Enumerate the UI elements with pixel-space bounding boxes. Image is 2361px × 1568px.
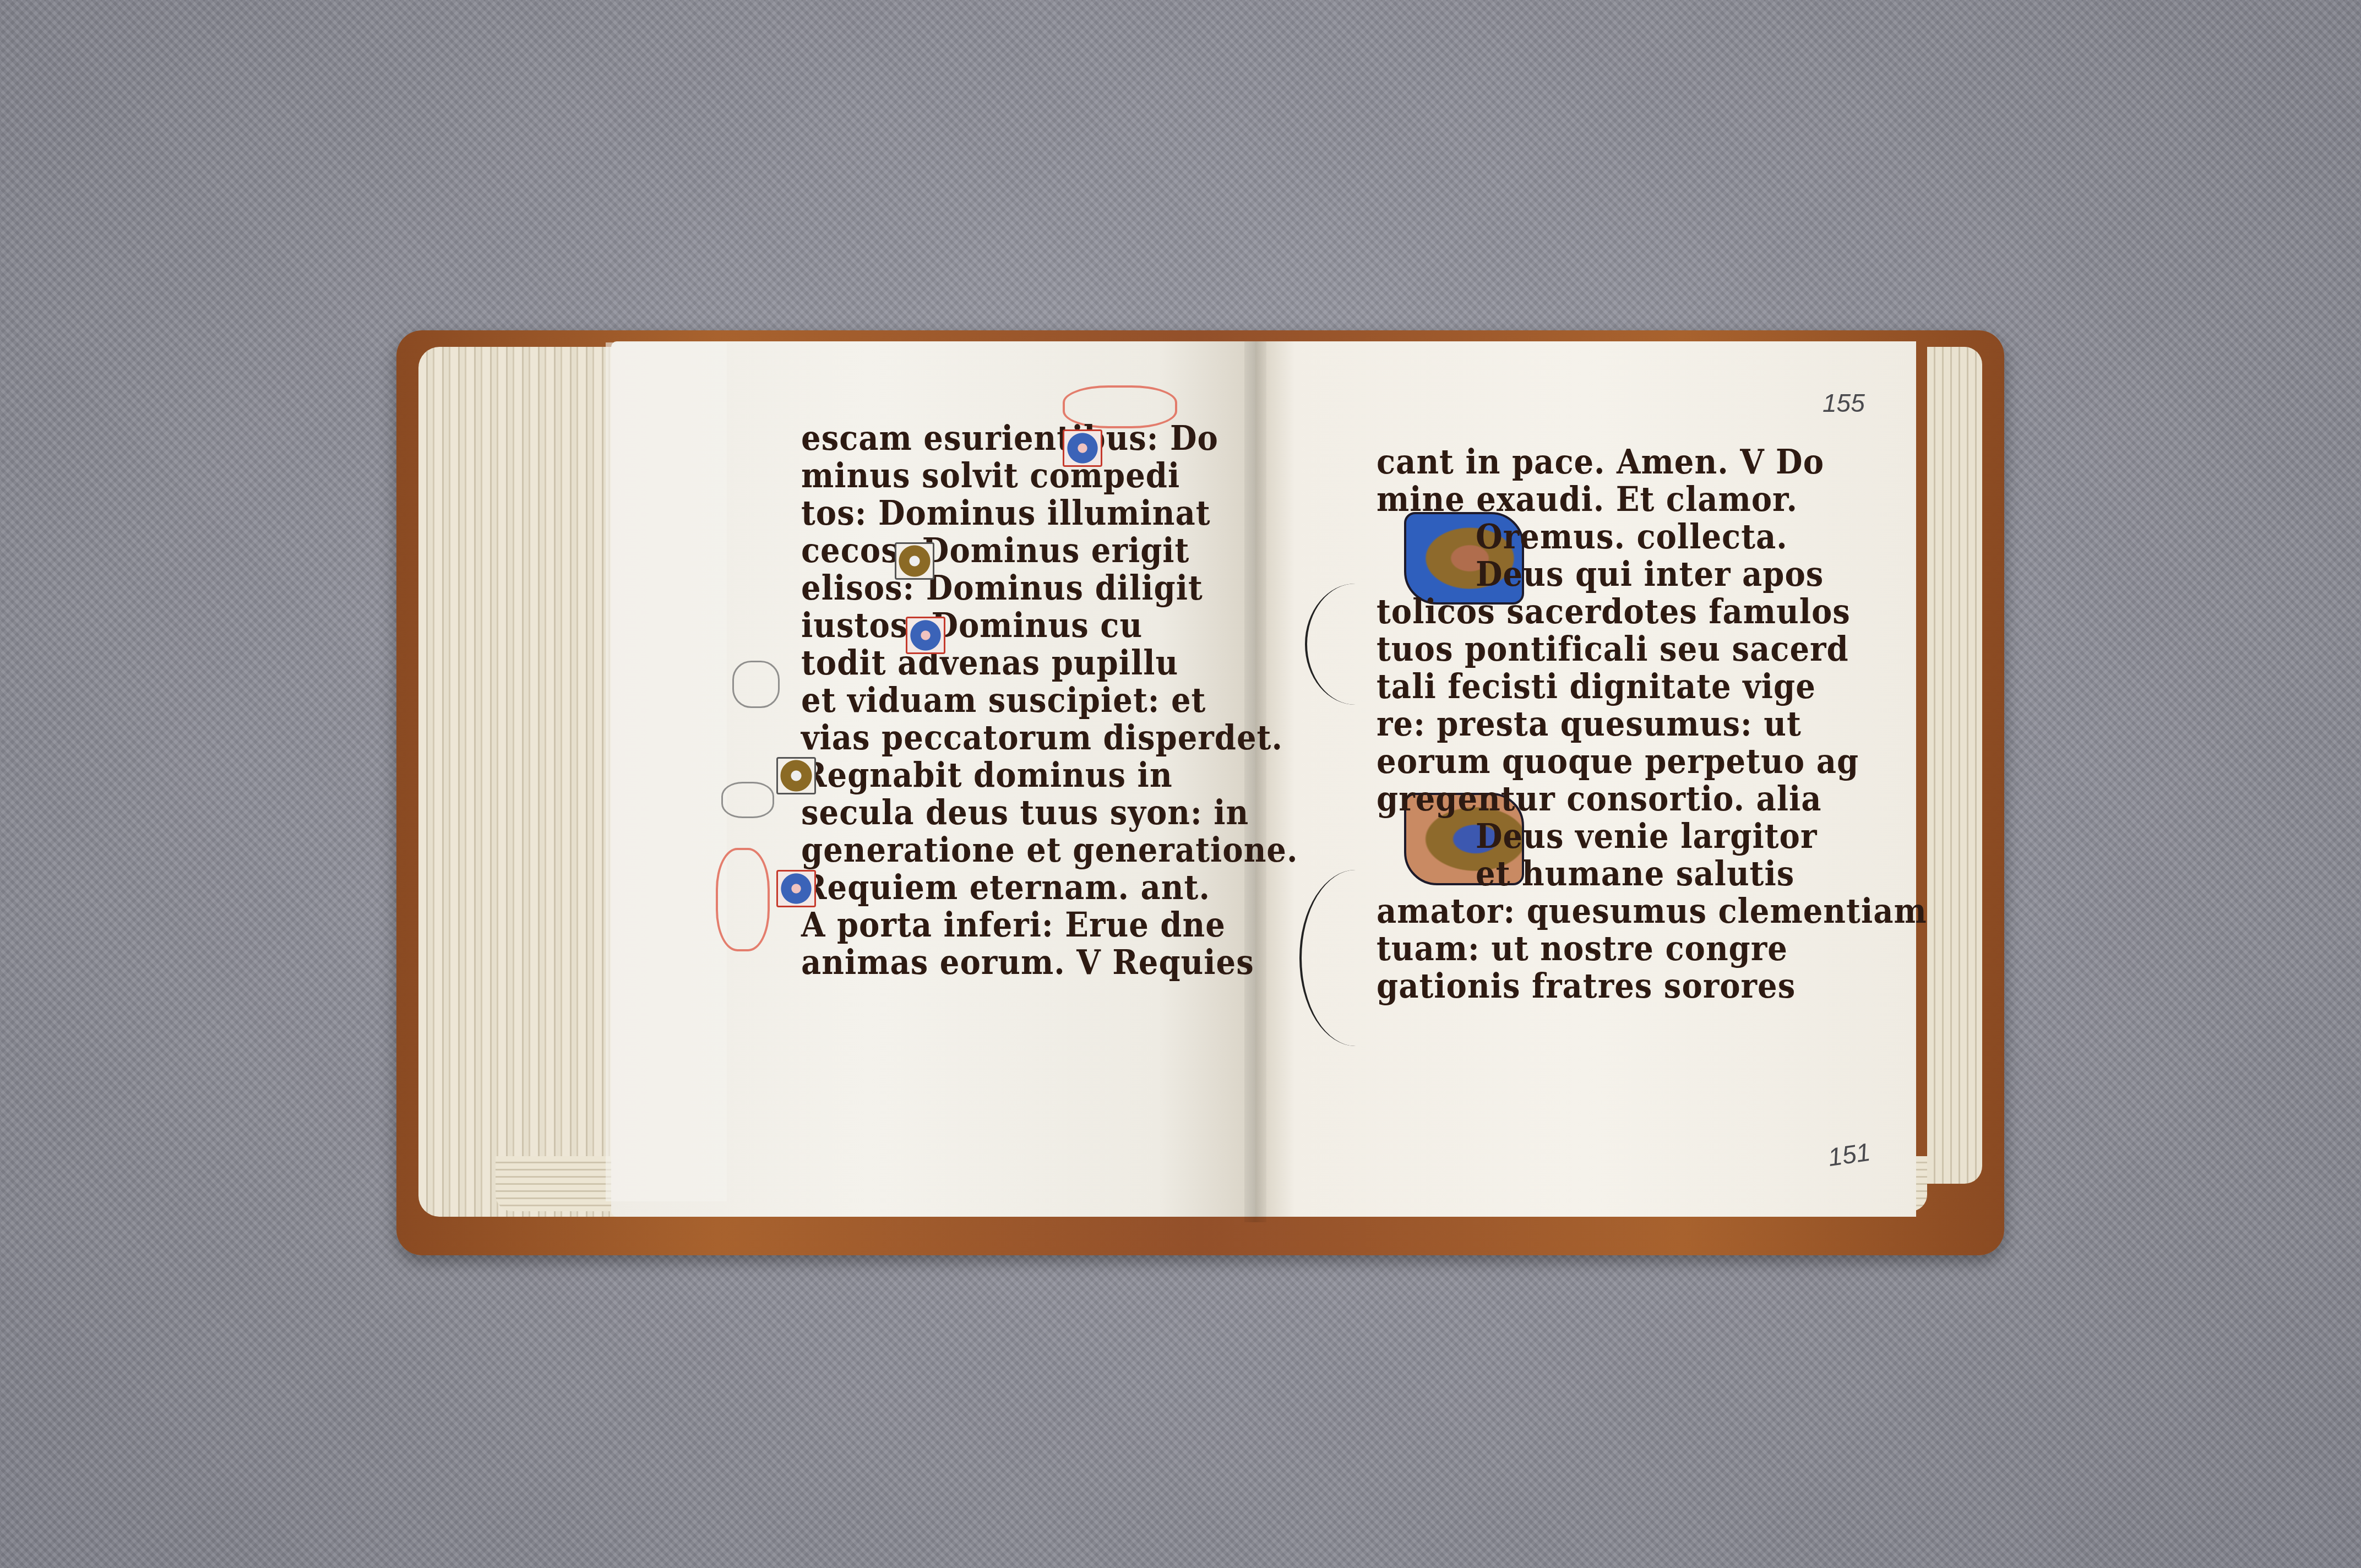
illuminated-initial-gold — [895, 542, 934, 580]
text-line: re: presta quesumus: ut — [1377, 704, 1927, 745]
text-line: tolicos sacerdotes famulos — [1377, 591, 1927, 633]
text-line: animas eorum. V Requies — [801, 942, 1298, 983]
illuminated-initial-blue — [776, 870, 816, 907]
text-line: todit advenas pupillu — [801, 643, 1298, 684]
text-line: elisos: Dominus diligit — [801, 568, 1298, 609]
text-line: cant in pace. Amen. V Do — [1377, 442, 1927, 483]
marginal-flourish-red — [716, 848, 770, 951]
text-line: gationis fratres sorores — [1377, 966, 1927, 1007]
text-line: secula deus tuus syon: in — [801, 792, 1298, 834]
text-line: cecos: Dominus erigit — [801, 530, 1298, 571]
text-line: et humane salutis — [1377, 853, 1927, 895]
marginal-flourish-grey — [721, 782, 774, 818]
fore-edge-right — [1927, 347, 1982, 1184]
illuminated-initial-blue — [1063, 429, 1102, 467]
manuscript-book: escam esurientibus: Do minus solvit comp… — [396, 330, 2004, 1255]
left-page-text: escam esurientibus: Do minus solvit comp… — [801, 420, 1298, 981]
text-line: Deus qui inter apos — [1377, 554, 1927, 595]
inserted-sheet — [606, 342, 727, 1201]
text-line: gregentur consortio. alia — [1377, 778, 1927, 820]
fore-edge-left — [418, 347, 617, 1217]
text-line: generatione et generatione. — [801, 830, 1298, 871]
text-line: tuos pontificali seu sacerd — [1377, 629, 1927, 670]
text-line: mine exaudi. Et clamor. — [1377, 479, 1927, 520]
text-line: Deus venie largitor — [1377, 816, 1927, 857]
text-line: tuam: ut nostre congre — [1377, 928, 1927, 970]
marginal-flourish-grey — [732, 661, 780, 708]
illuminated-initial-blue — [906, 617, 945, 654]
illuminated-initial-gold — [776, 757, 816, 794]
text-line: eorum quoque perpetuo ag — [1377, 741, 1927, 782]
text-line: Regnabit dominus in — [801, 755, 1298, 796]
text-line: A porta inferi: Erue dne — [801, 905, 1298, 946]
folio-number-bottom: 151 — [1826, 1137, 1873, 1172]
text-line: tali fecisti dignitate vige — [1377, 666, 1927, 707]
text-line: tos: Dominus illuminat — [801, 493, 1298, 534]
text-line: Requiem eternam. ant. — [801, 867, 1298, 908]
text-line: escam esurientibus: Do — [801, 418, 1298, 459]
right-page-text: cant in pace. Amen. V Do mine exaudi. Et… — [1377, 443, 1927, 1005]
folio-number-top: 155 — [1823, 388, 1865, 418]
text-line: iustos: Dominus cu — [801, 605, 1298, 646]
text-line: Oremus. collecta. — [1377, 516, 1927, 558]
text-line: amator: quesumus clementiam — [1377, 891, 1927, 932]
text-line: et viduam suscipiet: et — [801, 680, 1298, 721]
text-line: minus solvit compedi — [801, 455, 1298, 497]
text-line: vias peccatorum disperdet. — [801, 717, 1298, 759]
